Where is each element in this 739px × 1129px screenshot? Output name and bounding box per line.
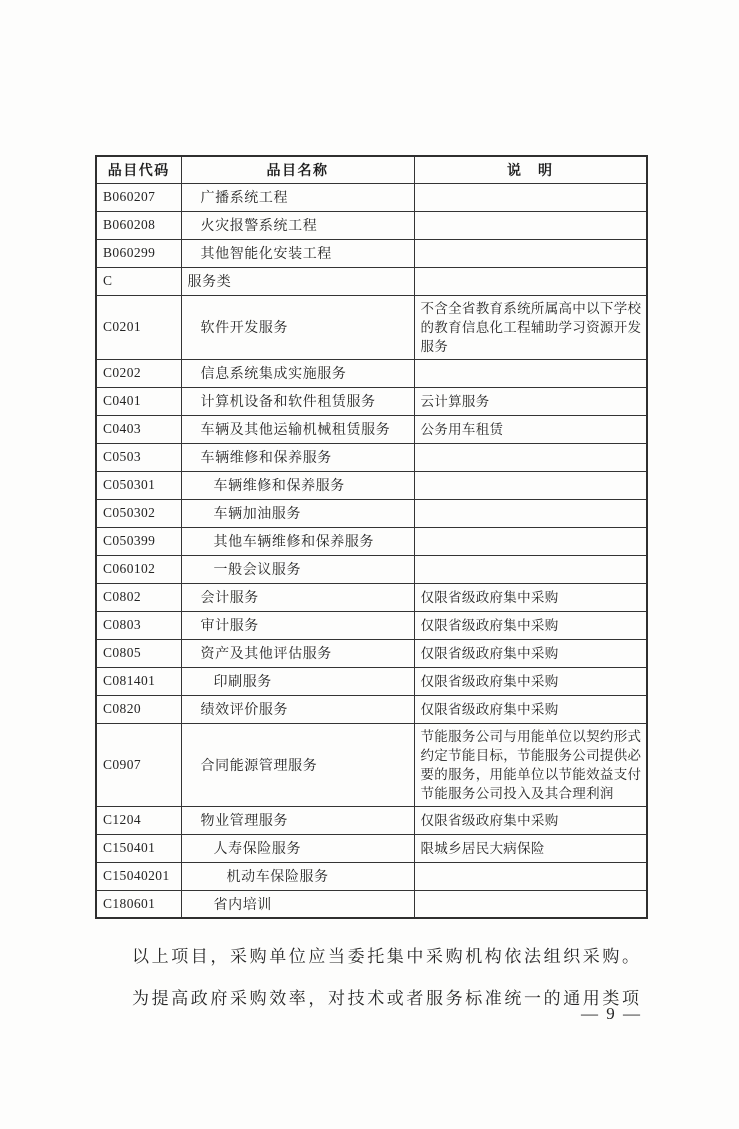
item-code-cell: C0503 [96, 443, 181, 471]
item-code-cell: C0803 [96, 611, 181, 639]
table-row: C0803审计服务仅限省级政府集中采购 [96, 611, 647, 639]
item-name-cell: 车辆维修和保养服务 [181, 443, 414, 471]
page-number: — 9 — [581, 1004, 642, 1024]
item-name-cell: 资产及其他评估服务 [181, 639, 414, 667]
item-code-cell: C050302 [96, 499, 181, 527]
item-code-cell: C0401 [96, 387, 181, 415]
item-note-cell [414, 890, 647, 918]
table-header-row: 品目代码 品目名称 说 明 [96, 156, 647, 183]
procurement-catalog-table: 品目代码 品目名称 说 明 B060207广播系统工程B060208火灾报警系统… [95, 155, 648, 919]
item-name-cell: 信息系统集成实施服务 [181, 359, 414, 387]
item-code-cell: C0820 [96, 695, 181, 723]
table-row: C0401计算机设备和软件租赁服务云计算服务 [96, 387, 647, 415]
item-note-cell [414, 499, 647, 527]
table-row: C0907合同能源管理服务节能服务公司与用能单位以契约形式约定节能目标，节能服务… [96, 723, 647, 806]
table-row: C060102一般会议服务 [96, 555, 647, 583]
item-name-cell: 计算机设备和软件租赁服务 [181, 387, 414, 415]
item-name-cell: 物业管理服务 [181, 806, 414, 834]
item-name-cell: 其他智能化安装工程 [181, 239, 414, 267]
table-row: C150401人寿保险服务限城乡居民大病保险 [96, 834, 647, 862]
table-row: B060299其他智能化安装工程 [96, 239, 647, 267]
item-note-cell [414, 443, 647, 471]
header-item-name: 品目名称 [181, 156, 414, 183]
item-code-cell: C0201 [96, 295, 181, 359]
item-note-cell [414, 555, 647, 583]
item-note-cell [414, 239, 647, 267]
item-note-cell: 仅限省级政府集中采购 [414, 583, 647, 611]
paragraph-procurement-efficiency: 为提高政府采购效率，对技术或者服务标准统一的通用类项 [95, 984, 655, 1009]
table-row: C0802会计服务仅限省级政府集中采购 [96, 583, 647, 611]
item-code-cell: C050301 [96, 471, 181, 499]
item-code-cell: C0907 [96, 723, 181, 806]
item-name-cell: 服务类 [181, 267, 414, 295]
item-code-cell: C0403 [96, 415, 181, 443]
item-note-cell: 公务用车租赁 [414, 415, 647, 443]
item-code-cell: B060207 [96, 183, 181, 211]
item-name-cell: 人寿保险服务 [181, 834, 414, 862]
item-name-cell: 车辆加油服务 [181, 499, 414, 527]
item-note-cell: 不含全省教育系统所属高中以下学校的教育信息化工程辅助学习资源开发服务 [414, 295, 647, 359]
item-name-cell: 火灾报警系统工程 [181, 211, 414, 239]
item-code-cell: C [96, 267, 181, 295]
item-note-cell: 仅限省级政府集中采购 [414, 695, 647, 723]
table-row: C服务类 [96, 267, 647, 295]
document-page: 品目代码 品目名称 说 明 B060207广播系统工程B060208火灾报警系统… [0, 0, 739, 1129]
item-note-cell: 云计算服务 [414, 387, 647, 415]
table-row: C0820绩效评价服务仅限省级政府集中采购 [96, 695, 647, 723]
item-name-cell: 审计服务 [181, 611, 414, 639]
item-name-cell: 绩效评价服务 [181, 695, 414, 723]
table-row: B060207广播系统工程 [96, 183, 647, 211]
table-row: B060208火灾报警系统工程 [96, 211, 647, 239]
table-row: C0805资产及其他评估服务仅限省级政府集中采购 [96, 639, 647, 667]
table-row: C050302车辆加油服务 [96, 499, 647, 527]
item-code-cell: C0805 [96, 639, 181, 667]
item-name-cell: 机动车保险服务 [181, 862, 414, 890]
item-code-cell: C060102 [96, 555, 181, 583]
paragraph-collective-procurement: 以上项目，采购单位应当委托集中采购机构依法组织采购。 [95, 942, 655, 967]
item-note-cell [414, 527, 647, 555]
item-name-cell: 广播系统工程 [181, 183, 414, 211]
item-note-cell [414, 183, 647, 211]
item-note-cell: 仅限省级政府集中采购 [414, 806, 647, 834]
catalog-table-body: B060207广播系统工程B060208火灾报警系统工程B060299其他智能化… [96, 183, 647, 918]
item-name-cell: 其他车辆维修和保养服务 [181, 527, 414, 555]
table-row: C15040201机动车保险服务 [96, 862, 647, 890]
item-code-cell: C081401 [96, 667, 181, 695]
item-name-cell: 印刷服务 [181, 667, 414, 695]
item-name-cell: 一般会议服务 [181, 555, 414, 583]
item-code-cell: B060208 [96, 211, 181, 239]
item-code-cell: B060299 [96, 239, 181, 267]
header-note: 说 明 [414, 156, 647, 183]
item-note-cell [414, 862, 647, 890]
item-name-cell: 合同能源管理服务 [181, 723, 414, 806]
item-code-cell: C050399 [96, 527, 181, 555]
item-name-cell: 车辆及其他运输机械租赁服务 [181, 415, 414, 443]
table-row: C0503车辆维修和保养服务 [96, 443, 647, 471]
item-name-cell: 软件开发服务 [181, 295, 414, 359]
item-code-cell: C0802 [96, 583, 181, 611]
table-row: C0403车辆及其他运输机械租赁服务公务用车租赁 [96, 415, 647, 443]
item-note-cell: 仅限省级政府集中采购 [414, 667, 647, 695]
table-row: C0202信息系统集成实施服务 [96, 359, 647, 387]
table-row: C1204物业管理服务仅限省级政府集中采购 [96, 806, 647, 834]
item-name-cell: 省内培训 [181, 890, 414, 918]
item-note-cell: 仅限省级政府集中采购 [414, 639, 647, 667]
item-note-cell [414, 211, 647, 239]
table-row: C050301车辆维修和保养服务 [96, 471, 647, 499]
table-row: C180601省内培训 [96, 890, 647, 918]
table-row: C081401印刷服务仅限省级政府集中采购 [96, 667, 647, 695]
item-note-cell: 限城乡居民大病保险 [414, 834, 647, 862]
item-note-cell: 仅限省级政府集中采购 [414, 611, 647, 639]
table-row: C0201软件开发服务不含全省教育系统所属高中以下学校的教育信息化工程辅助学习资… [96, 295, 647, 359]
item-note-cell: 节能服务公司与用能单位以契约形式约定节能目标，节能服务公司提供必要的服务，用能单… [414, 723, 647, 806]
item-code-cell: C1204 [96, 806, 181, 834]
item-name-cell: 会计服务 [181, 583, 414, 611]
header-item-code: 品目代码 [96, 156, 181, 183]
item-code-cell: C15040201 [96, 862, 181, 890]
item-note-cell [414, 267, 647, 295]
item-note-cell [414, 471, 647, 499]
item-code-cell: C180601 [96, 890, 181, 918]
item-name-cell: 车辆维修和保养服务 [181, 471, 414, 499]
table-row: C050399其他车辆维修和保养服务 [96, 527, 647, 555]
item-code-cell: C150401 [96, 834, 181, 862]
item-note-cell [414, 359, 647, 387]
item-code-cell: C0202 [96, 359, 181, 387]
